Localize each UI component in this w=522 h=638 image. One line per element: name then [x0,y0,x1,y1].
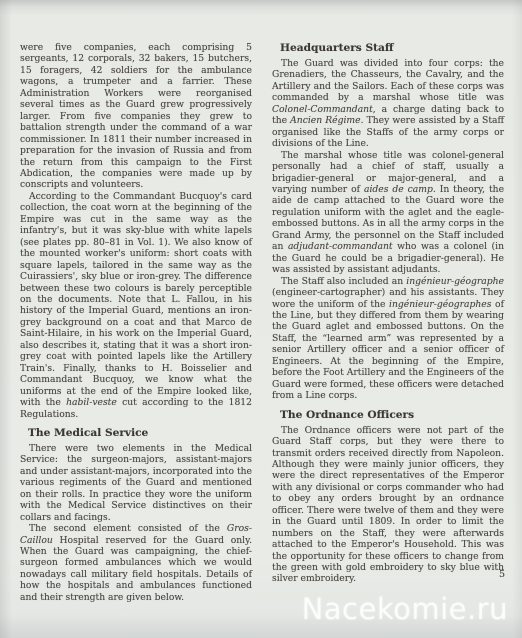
italic-term: Colonel-Commandant [272,104,373,115]
section-heading: The Ordnance Officers [280,409,504,422]
paragraph: The Ordnance officers were not part of t… [272,425,504,585]
italic-term: aides de camp [364,184,433,195]
section-heading: Headquarters Staff [280,42,504,55]
italic-term: ingénieur-géographes [389,299,491,310]
paragraph: There were two elements in the Medical S… [20,443,252,523]
page-number: 5 [499,569,505,580]
paragraph: The second element consisted of the Gros… [20,523,252,603]
text-run: Hospital reserved for the Guard only. Wh… [20,535,252,603]
scanned-page: were five companies, each comprising 5 s… [0,0,522,638]
italic-term: ingénieur-géographe [406,276,504,287]
left-column: were five companies, each comprising 5 s… [20,42,252,603]
text-columns: were five companies, each comprising 5 s… [0,0,522,603]
text-run: of the Line, but they differed from them… [272,299,504,402]
italic-term: adjudant-commandant [288,241,393,252]
right-column: Headquarters StaffThe Guard was divided … [272,42,504,603]
italic-term: habil-veste [66,397,117,408]
text-run: The Ordnance officers were not part of t… [272,425,504,585]
text-run: According to the Commandant Bucquoy's ca… [20,191,252,408]
section-heading: The Medical Service [28,427,252,440]
paragraph: were five companies, each comprising 5 s… [20,42,252,191]
text-run: The Guard was divided into four corps: t… [272,58,504,103]
paragraph: According to the Commandant Bucquoy's ca… [20,191,252,420]
text-run: There were two elements in the Medical S… [20,443,252,523]
text-run: were five companies, each comprising 5 s… [20,42,252,190]
paragraph: The Guard was divided into four corps: t… [272,58,504,150]
watermark: Nacekomie.ru [302,594,508,625]
paragraph: The Staff also included an ingénieur-géo… [272,276,504,402]
text-run: The second element consisted of the [29,523,227,534]
paragraph: The marshal whose title was colonel-gene… [272,150,504,276]
text-run: The Staff also included an [281,276,406,287]
italic-term: Ancien Régime [290,115,360,126]
